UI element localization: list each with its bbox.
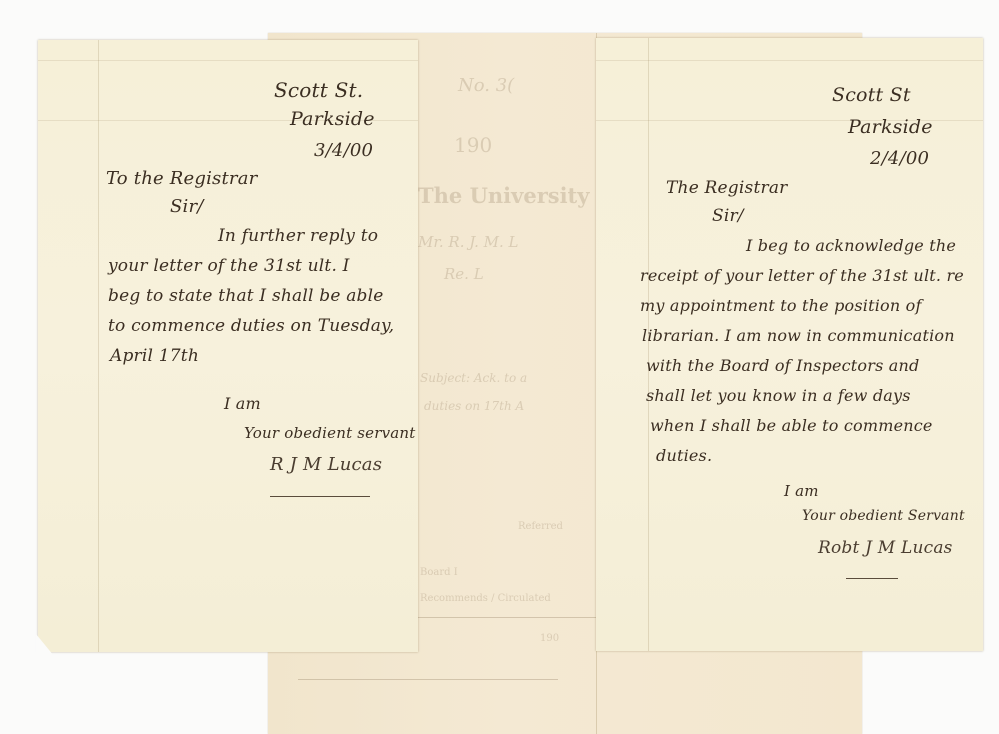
doc-referred-label: Referred xyxy=(518,521,563,532)
letter-date: 3/4/00 xyxy=(314,140,373,161)
body-line: duties. xyxy=(656,446,712,465)
address-line-1: Scott St xyxy=(832,84,911,106)
closing: I am xyxy=(784,482,819,500)
body-line: I beg to acknowledge the xyxy=(746,236,956,255)
doc-row-2: Recommends / Circulated xyxy=(420,593,551,604)
body-line: your letter of the 31st ult. I xyxy=(108,256,350,276)
body-line: with the Board of Inspectors and xyxy=(646,356,919,375)
body-line: librarian. I am now in communication xyxy=(642,326,955,345)
addressee: To the Registrar xyxy=(106,168,257,189)
doc-heading: The University xyxy=(418,183,589,208)
signature: R J M Lucas xyxy=(270,454,382,475)
doc-subject-1: Subject: Ack. to a xyxy=(420,371,527,385)
fold-line xyxy=(98,40,99,652)
closing: I am xyxy=(224,394,261,413)
body-line: April 17th xyxy=(110,346,199,366)
left-letter: Scott St. Parkside 3/4/00 To the Registr… xyxy=(38,40,418,652)
salutation: Sir/ xyxy=(712,206,744,226)
fold-line xyxy=(596,60,983,61)
body-line: to commence duties on Tuesday, xyxy=(108,316,394,336)
body-line: In further reply to xyxy=(218,226,378,246)
address-line-1: Scott St. xyxy=(274,78,363,102)
address-line-2: Parkside xyxy=(848,116,933,138)
doc-row-1: Board I xyxy=(420,567,458,578)
body-line: when I shall be able to commence xyxy=(650,416,933,435)
address-line-2: Parkside xyxy=(290,108,375,130)
doc-row-3: 190 xyxy=(540,633,559,644)
doc-rule-bottom xyxy=(298,679,558,680)
letter-date: 2/4/00 xyxy=(870,148,929,169)
body-line: beg to state that I shall be able xyxy=(108,286,384,306)
body-line: shall let you know in a few days xyxy=(646,386,911,405)
doc-number: No. 3( xyxy=(458,75,514,96)
doc-addressee-1: Mr. R. J. M. L xyxy=(418,233,519,251)
right-letter: Scott St Parkside 2/4/00 The Registrar S… xyxy=(596,38,983,651)
body-line: receipt of your letter of the 31st ult. … xyxy=(640,266,964,285)
signature: Robt J M Lucas xyxy=(818,538,953,558)
body-line: my appointment to the position of xyxy=(640,296,922,315)
salutation: Sir/ xyxy=(170,196,204,217)
signature-flourish xyxy=(846,578,898,579)
doc-subject-2: duties on 17th A xyxy=(424,399,524,413)
addressee: The Registrar xyxy=(666,178,787,198)
doc-addressee-2: Re. L xyxy=(444,265,484,283)
signature-flourish xyxy=(270,496,370,497)
folded-corner xyxy=(36,634,54,656)
closing-servant: Your obedient Servant xyxy=(802,508,965,524)
fold-line xyxy=(38,60,418,61)
doc-year: 190 xyxy=(454,133,492,157)
closing-servant: Your obedient servant xyxy=(244,424,416,442)
